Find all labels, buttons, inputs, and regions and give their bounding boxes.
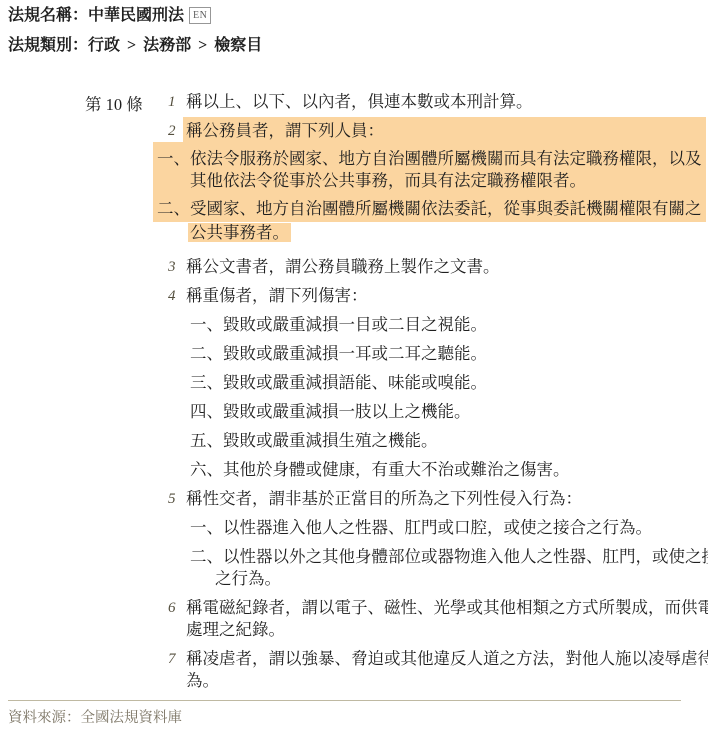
law-item-line: 二、毀敗或嚴重減損一耳或二耳之聽能。 bbox=[190, 343, 706, 365]
law-item-line: 二、以性器以外之其他身體部位或器物進入他人之性器、肛門，或使之接合 bbox=[190, 546, 708, 568]
paragraph-text: 稱以上、以下、以內者，俱連本數或本刑計算。 bbox=[186, 91, 706, 113]
law-name-row: 法規名稱：中華民國刑法EN bbox=[8, 5, 262, 27]
breadcrumb-separator: > bbox=[198, 37, 207, 54]
law-text-wrap-line: 為。 bbox=[186, 670, 708, 692]
english-version-badge[interactable]: EN bbox=[189, 7, 211, 24]
paragraph-1: 1 稱以上、以下、以內者，俱連本數或本刑計算。 bbox=[168, 91, 706, 113]
law-text-line: 稱凌虐者，謂以強暴、脅迫或其他違反人道之方法，對他人施以凌辱虐待行 bbox=[186, 648, 708, 670]
paragraph-5: 5 稱性交者，謂非基於正當目的所為之下列性侵入行為： 一、以性器進入他人之性器、… bbox=[168, 488, 706, 590]
paragraph-number: 1 bbox=[168, 91, 186, 113]
paragraph-text: 稱公務員者，謂下列人員： 一、依法令服務於國家、地方自治團體所屬機關而具有法定職… bbox=[186, 120, 706, 244]
highlighted-law-text-line: 二、受國家、地方自治團體所屬機關依法委託，從事與委託機關權限有關之 bbox=[157, 198, 706, 220]
law-item-line: 五、毀敗或嚴重減損生殖之機能。 bbox=[190, 430, 706, 452]
paragraph-text: 稱電磁紀錄者，謂以電子、磁性、光學或其他相類之方式所製成，而供電腦 處理之紀錄。 bbox=[186, 597, 708, 641]
footer-divider bbox=[8, 700, 681, 701]
law-item-line: 四、毀敗或嚴重減損一肢以上之機能。 bbox=[190, 401, 706, 423]
law-category-row: 法規類別：行政>法務部>檢察目 bbox=[8, 35, 262, 57]
law-item-wrap-line: 之行為。 bbox=[215, 568, 708, 590]
breadcrumb-separator: > bbox=[127, 37, 136, 54]
paragraph-text: 稱公文書者，謂公務員職務上製作之文書。 bbox=[186, 256, 706, 278]
law-name-label: 法規名稱： bbox=[8, 7, 88, 24]
paragraph-number: 5 bbox=[168, 488, 186, 590]
article-10: 第 10 條 1 稱以上、以下、以內者，俱連本數或本刑計算。 2 稱公務員者，謂… bbox=[0, 88, 708, 692]
paragraph-2-highlighted: 2 稱公務員者，謂下列人員： 一、依法令服務於國家、地方自治團體所屬機關而具有法… bbox=[168, 120, 706, 244]
law-text-line: 稱電磁紀錄者，謂以電子、磁性、光學或其他相類之方式所製成，而供電腦 bbox=[186, 597, 708, 619]
page-header: 法規名稱：中華民國刑法EN 法規類別：行政>法務部>檢察目 bbox=[8, 5, 262, 57]
paragraph-number: 6 bbox=[168, 597, 186, 641]
paragraph-number: 3 bbox=[168, 256, 186, 278]
paragraph-7: 7 稱凌虐者，謂以強暴、脅迫或其他違反人道之方法，對他人施以凌辱虐待行 為。 bbox=[168, 648, 706, 692]
law-category-label: 法規類別： bbox=[8, 37, 88, 54]
paragraph-text: 稱性交者，謂非基於正當目的所為之下列性侵入行為： 一、以性器進入他人之性器、肛門… bbox=[186, 488, 708, 590]
law-item-line: 六、其他於身體或健康，有重大不治或難治之傷害。 bbox=[190, 459, 706, 481]
paragraph-3: 3 稱公文書者，謂公務員職務上製作之文書。 bbox=[168, 256, 706, 278]
paragraph-number: 7 bbox=[168, 648, 186, 692]
law-item-line: 三、毀敗或嚴重減損語能、味能或嗅能。 bbox=[190, 372, 706, 394]
highlighted-law-text-line: 稱公務員者，謂下列人員： bbox=[183, 117, 706, 142]
law-item-line: 一、以性器進入他人之性器、肛門或口腔，或使之接合之行為。 bbox=[190, 517, 708, 539]
article-number: 第 10 條 bbox=[85, 91, 143, 115]
paragraph-text: 稱重傷者，謂下列傷害： 一、毀敗或嚴重減損一目或二目之視能。 二、毀敗或嚴重減損… bbox=[186, 285, 706, 481]
footer-source: 資料來源：全國法規資料庫 bbox=[8, 708, 182, 728]
paragraph-number: 4 bbox=[168, 285, 186, 481]
highlighted-law-text-tail: 公共事務者。 bbox=[188, 222, 706, 244]
law-text-line: 稱性交者，謂非基於正當目的所為之下列性侵入行為： bbox=[186, 488, 708, 510]
breadcrumb-item-prosecution[interactable]: 檢察目 bbox=[214, 37, 262, 54]
law-text-line: 稱公文書者，謂公務員職務上製作之文書。 bbox=[186, 256, 706, 278]
paragraph-text: 稱凌虐者，謂以強暴、脅迫或其他違反人道之方法，對他人施以凌辱虐待行 為。 bbox=[186, 648, 708, 692]
law-text-line: 稱以上、以下、以內者，俱連本數或本刑計算。 bbox=[186, 91, 706, 113]
paragraph-6: 6 稱電磁紀錄者，謂以電子、磁性、光學或其他相類之方式所製成，而供電腦 處理之紀… bbox=[168, 597, 706, 641]
law-item-line: 一、毀敗或嚴重減損一目或二目之視能。 bbox=[190, 314, 706, 336]
paragraph-list: 1 稱以上、以下、以內者，俱連本數或本刑計算。 2 稱公務員者，謂下列人員： 一… bbox=[168, 88, 706, 692]
highlighted-law-text-line: 一、依法令服務於國家、地方自治團體所屬機關而具有法定職務權限，以及 bbox=[157, 148, 706, 170]
highlight-block: 一、依法令服務於國家、地方自治團體所屬機關而具有法定職務權限，以及 其他依法令從… bbox=[153, 142, 706, 222]
law-name-link[interactable]: 中華民國刑法 bbox=[88, 7, 184, 24]
highlighted-law-text-line: 其他依法令從事於公共事務，而具有法定職務權限者。 bbox=[190, 170, 706, 192]
highlight-span: 公共事務者。 bbox=[188, 223, 291, 242]
breadcrumb-item-ministry-of-justice[interactable]: 法務部 bbox=[143, 37, 191, 54]
law-text-wrap-line: 處理之紀錄。 bbox=[186, 619, 708, 641]
paragraph-4: 4 稱重傷者，謂下列傷害： 一、毀敗或嚴重減損一目或二目之視能。 二、毀敗或嚴重… bbox=[168, 285, 706, 481]
law-text-line: 稱重傷者，謂下列傷害： bbox=[186, 285, 706, 307]
law-article-page: 法規名稱：中華民國刑法EN 法規類別：行政>法務部>檢察目 第 10 條 1 稱… bbox=[0, 0, 708, 738]
breadcrumb-item-administration[interactable]: 行政 bbox=[88, 37, 120, 54]
